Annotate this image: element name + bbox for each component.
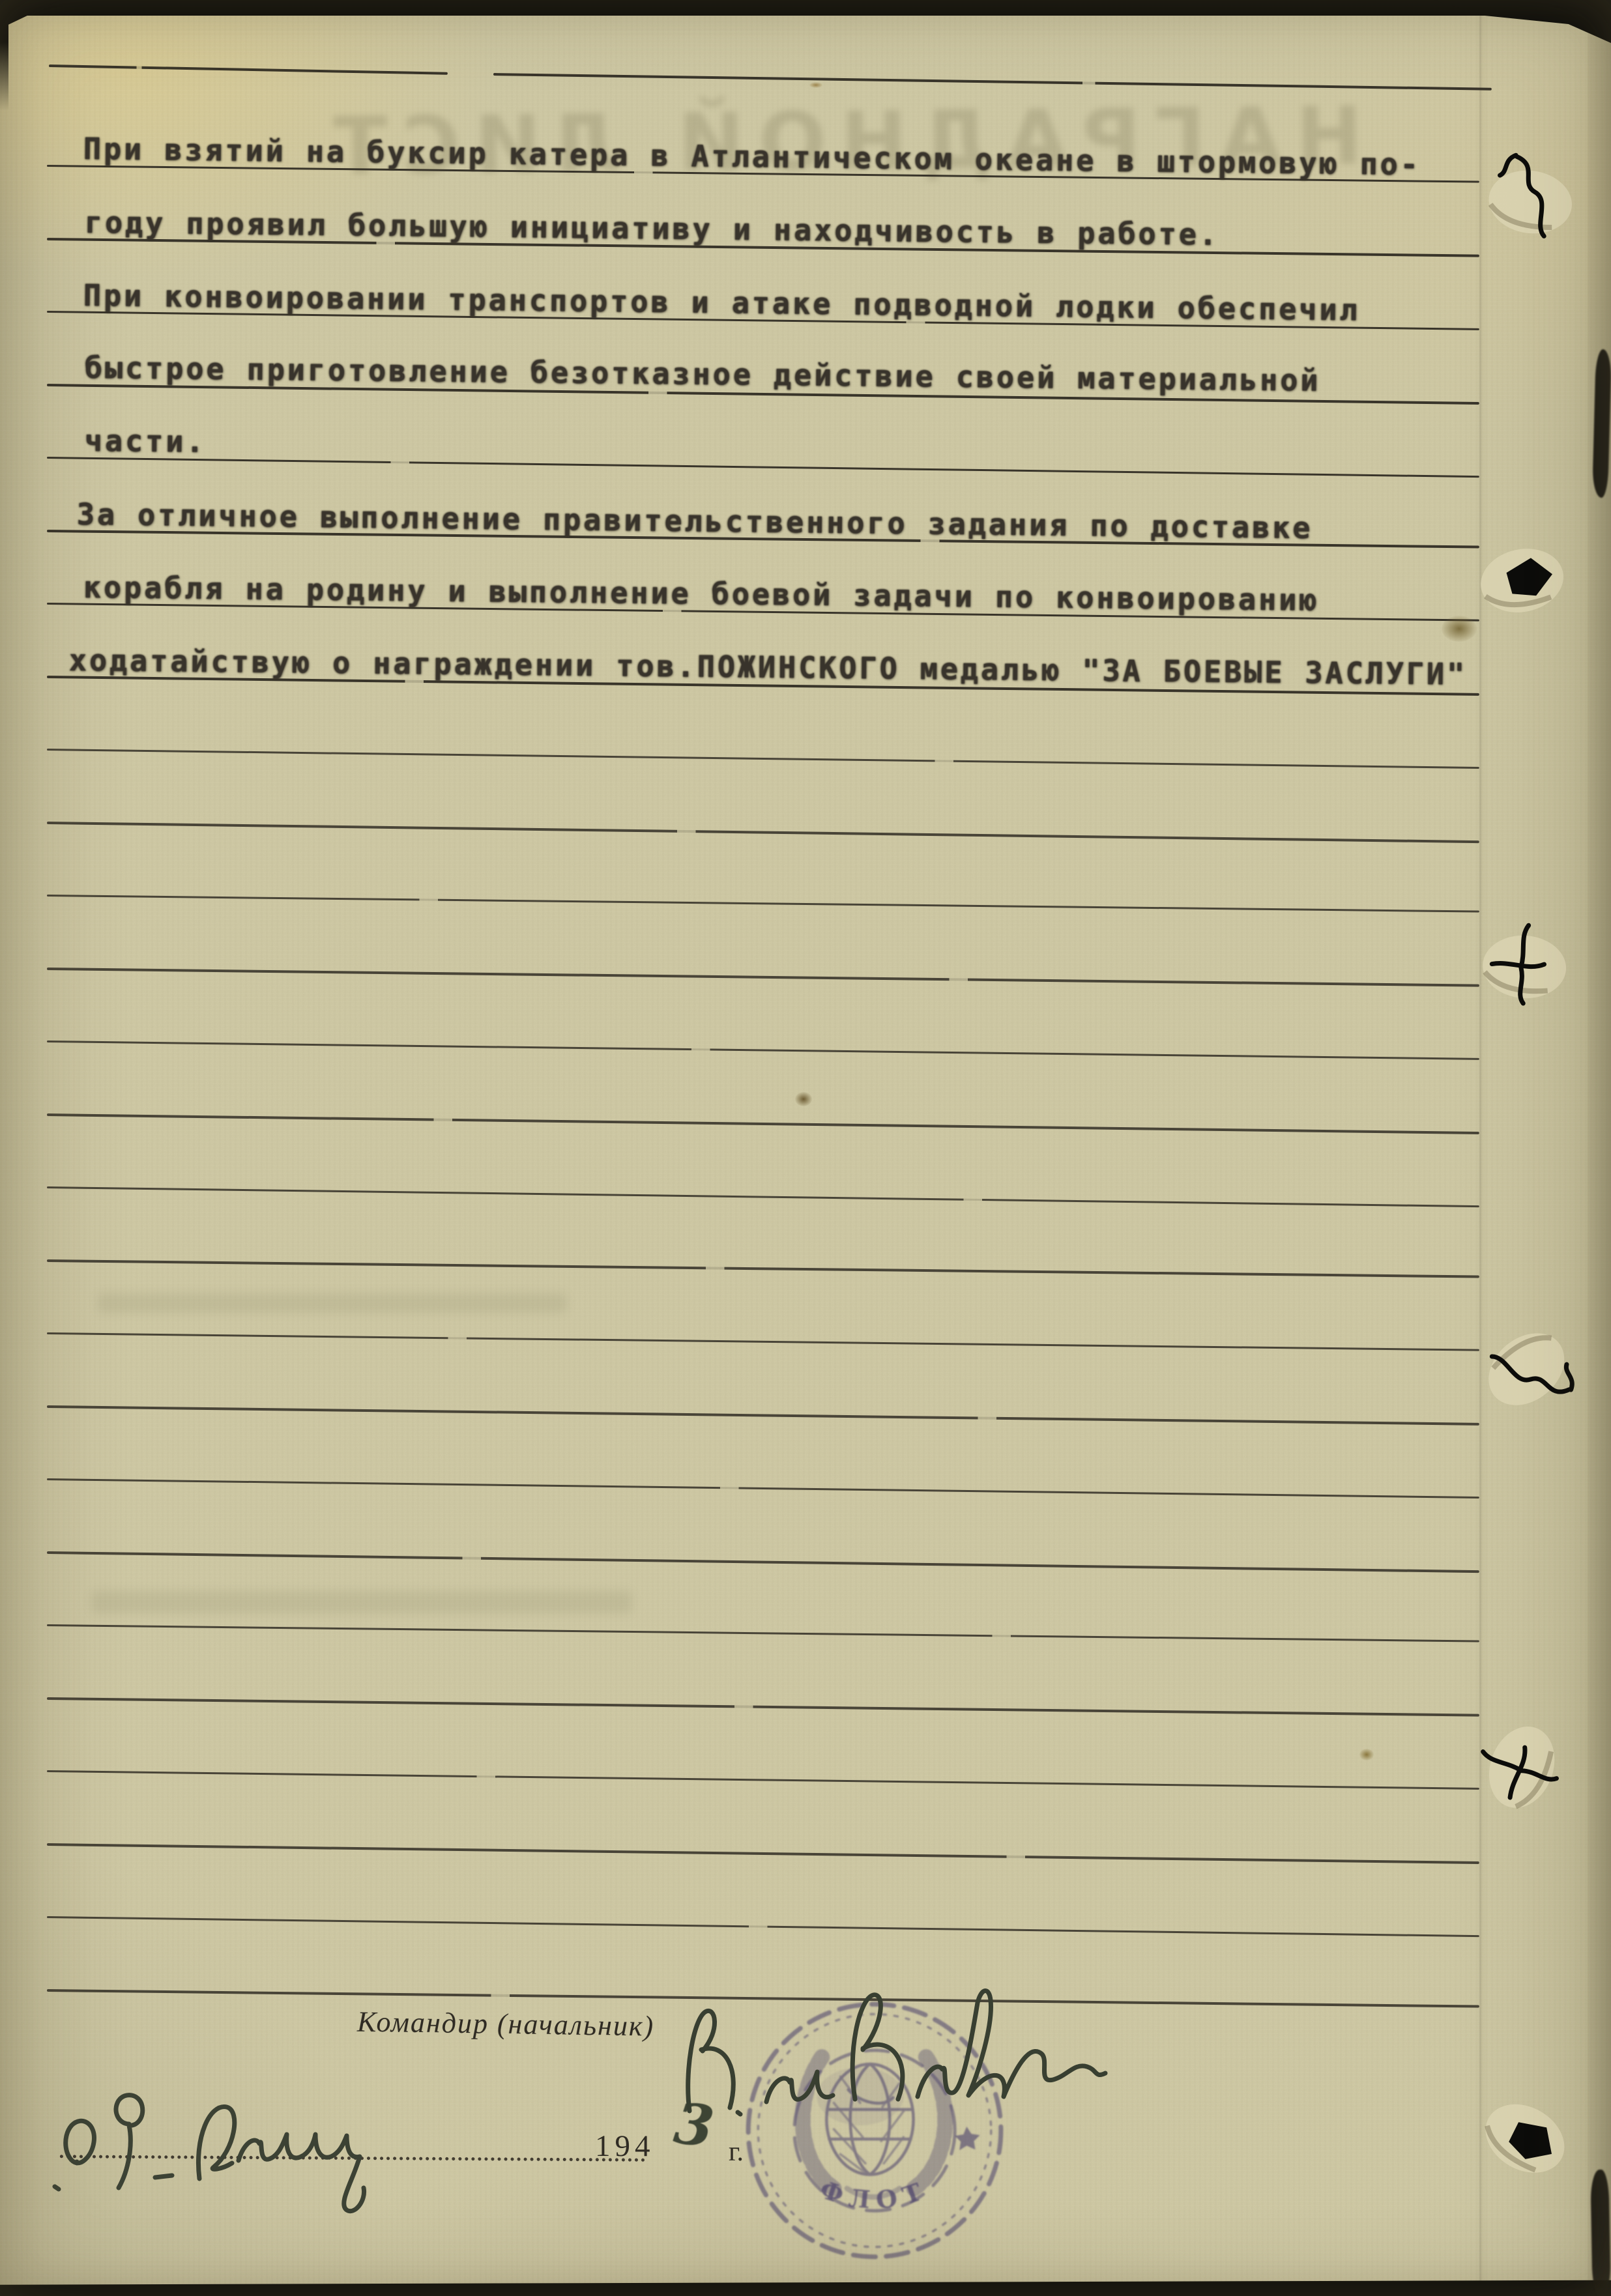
punch-hole-tear [1464,1709,1582,1826]
ruled-line [47,1697,1479,1717]
typed-line-5: части. [85,424,207,459]
punch-hole-tear [1467,1310,1584,1427]
handwritten-month [239,2134,364,2211]
ruled-line [47,1405,1479,1426]
ruled-line [47,457,1479,478]
ruled-line [47,895,1479,913]
punch-hole-tear [1472,145,1589,262]
ghost-bleed-band [91,1591,632,1613]
ruled-line [49,65,448,75]
punch-hole-tear [1466,910,1583,1027]
ruled-line [47,1332,1479,1351]
ruled-line [47,1478,1479,1499]
punch-hole-tear [1466,2081,1583,2198]
scan-edge-top-right-corner [1434,0,1611,43]
paper-fiber-texture [0,0,1611,2296]
ruled-line [47,749,1479,769]
page-right-margin-shade [1588,0,1611,2296]
commander-signature [639,1974,1199,2157]
ruled-line [47,1186,1479,1207]
ruled-line [47,1551,1479,1573]
vertical-fold-crease [1479,0,1481,2296]
ruled-line [47,1624,1479,1643]
scanned-document-page: НАГРАДНОЙ ЛИСТ При взятий на буксир кате… [0,0,1611,2296]
ruled-line [47,1040,1479,1060]
ruled-line [47,1770,1479,1790]
ruled-line [47,1113,1479,1134]
handwritten-day-09 [116,2095,143,2188]
ruled-line [47,1916,1479,1937]
ruled-line [493,73,1492,91]
stamp-arc-text: ФЛОТ [817,2175,933,2215]
punch-hole-tear [1464,523,1581,640]
ruled-line [47,968,1479,987]
stain-speck [795,1092,812,1106]
typed-line-7: корабля на родину и выполнение боевой за… [83,571,1320,618]
typed-line-6: За отличное выполнение правительственног… [77,498,1313,545]
date-dash-mark [55,2175,172,2189]
scan-noise-overlay [0,0,1611,2296]
scan-vignette [0,0,1611,2296]
scan-edge-bottom [0,2278,1611,2296]
scan-edge-left [0,13,8,111]
stain-speck [809,82,822,88]
right-edge-tear-streak [1590,2170,1610,2296]
scan-edge-top [0,0,1611,16]
ruled-line [47,822,1479,843]
ruled-line [47,1259,1479,1278]
typed-line-2: году проявил большую инициативу и находч… [85,206,1220,252]
ruled-line [47,1843,1479,1864]
typed-line-8: ходатайствую о награждении тов.ПОЖИНСКОГ… [69,644,1468,692]
stain-speck [1359,1749,1374,1760]
handwritten-date-scrawl [46,2033,463,2215]
typed-line-4: быстрое приготовление безотказное действ… [85,351,1321,398]
svg-text:ФЛОТ: ФЛОТ [817,2175,933,2215]
ghost-bleed-band [98,1293,567,1313]
handwritten-day-09 [66,2121,94,2163]
handwritten-month [198,2107,234,2179]
